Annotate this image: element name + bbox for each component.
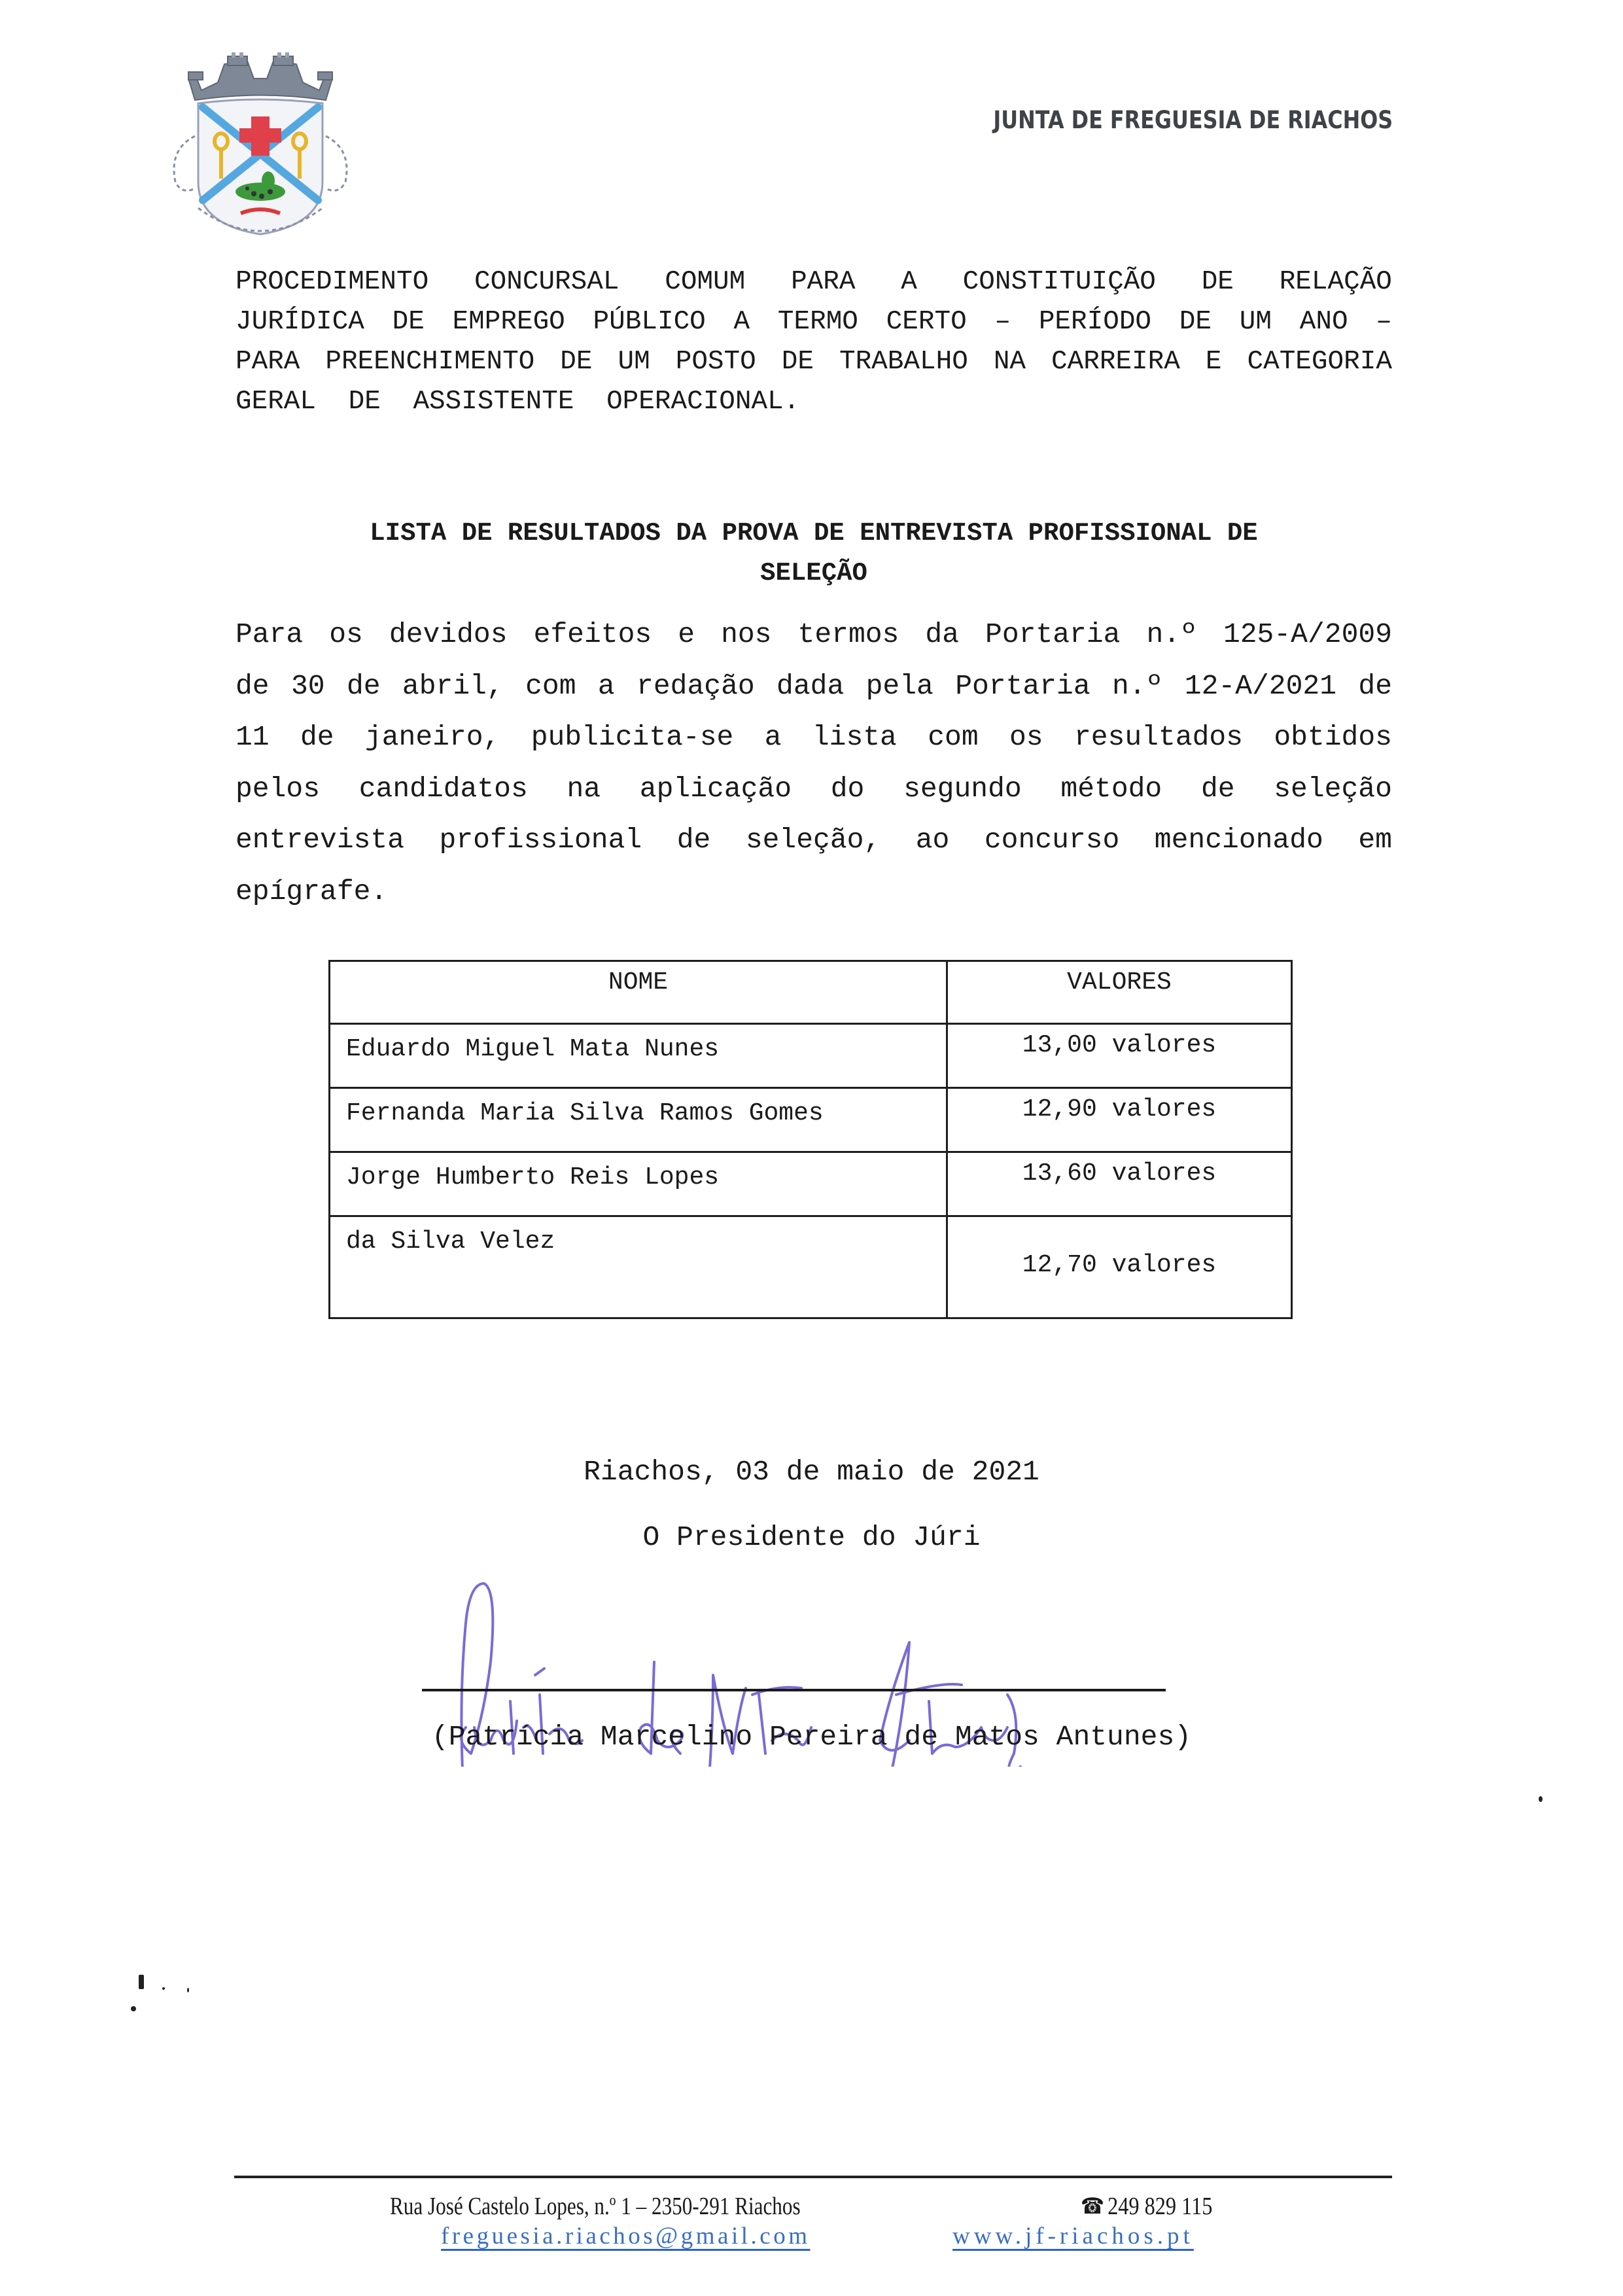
word: NA <box>994 347 1026 387</box>
intro-line: ParaosdevidosefeitosenostermosdaPortaria… <box>236 618 1392 670</box>
word: OPERACIONAL. <box>606 387 799 427</box>
word: pela <box>866 670 934 722</box>
intro-line: peloscandidatosnaaplicaçãodosegundométod… <box>236 773 1392 824</box>
word: DE <box>349 387 381 427</box>
word: n.º <box>1147 618 1197 670</box>
word: COMUM <box>665 267 745 307</box>
document-heading: LISTA DE RESULTADOS DA PROVA DE ENTREVIS… <box>236 514 1392 593</box>
footer-divider <box>234 2176 1392 2178</box>
intro-line: de30deabril,comaredaçãodadapelaPortarian… <box>236 670 1392 722</box>
word: de <box>1358 670 1392 722</box>
word: CONSTITUIÇÃO <box>963 267 1156 307</box>
intro-line: 11dejaneiro,publicita-sealistacomosresul… <box>236 721 1392 773</box>
heading-line-1: LISTA DE RESULTADOS DA PROVA DE ENTREVIS… <box>236 514 1392 554</box>
word: DE <box>1202 267 1234 307</box>
word: POSTO <box>676 347 756 387</box>
word: CARREIRA <box>1051 347 1180 387</box>
word: de <box>236 670 270 722</box>
word: n.º <box>1112 670 1162 722</box>
intro-paragraph: ParaosdevidosefeitosenostermosdaPortaria… <box>236 618 1392 927</box>
word: pelos <box>236 773 320 824</box>
word: 11 <box>236 721 270 773</box>
word: termos <box>798 618 899 670</box>
word: JURÍDICA <box>236 307 364 347</box>
word: Para <box>236 618 303 670</box>
word: a <box>765 721 782 773</box>
candidate-name: Fernanda Maria Silva Ramos Gomes <box>330 1088 947 1152</box>
word: publicita-se <box>531 721 734 773</box>
word: PROCEDIMENTO <box>236 267 428 307</box>
website-link[interactable]: www.jf-riachos.pt <box>952 2222 1194 2250</box>
word: e <box>678 618 695 670</box>
word: lista <box>812 721 897 773</box>
word: método <box>1060 773 1162 824</box>
word: UM <box>618 347 650 387</box>
word: PERÍODO <box>1039 307 1151 347</box>
word: seleção, <box>746 824 881 875</box>
word: epígrafe. <box>236 875 387 927</box>
signer-name: (Patrícia Marcelino Pereira de Matos Ant… <box>0 1721 1623 1753</box>
word: E <box>1206 347 1222 387</box>
scan-speck <box>162 1987 165 1990</box>
word: candidatos <box>359 773 528 824</box>
word: redação <box>637 670 755 722</box>
word: ANO <box>1300 307 1348 347</box>
word: efeitos <box>534 618 652 670</box>
word: entrevista <box>236 824 404 875</box>
candidate-name: Jorge Humberto Reis Lopes <box>330 1152 947 1216</box>
word: ASSISTENTE <box>413 387 574 427</box>
place-and-date: Riachos, 03 de maio de 2021 <box>0 1456 1623 1488</box>
candidate-score: 13,00 valores <box>947 1024 1292 1088</box>
heading-line-2: SELEÇÃO <box>236 554 1392 593</box>
word: dada <box>777 670 844 722</box>
intro-line: entrevistaprofissionaldeseleção,aoconcur… <box>236 824 1392 875</box>
word: TERMO <box>778 307 858 347</box>
word: devidos <box>389 618 508 670</box>
word: obtidos <box>1274 721 1392 773</box>
word: Portaria <box>985 618 1120 670</box>
word: de <box>1201 773 1235 824</box>
word: segundo <box>903 773 1022 824</box>
word: aplicação <box>640 773 792 824</box>
word: janeiro, <box>365 721 500 773</box>
phone-number: 249 829 115 <box>1108 2192 1212 2221</box>
word: na <box>567 773 601 824</box>
subject-line: GERALDEASSISTENTEOPERACIONAL. <box>236 387 1392 427</box>
subject-line: PROCEDIMENTOCONCURSALCOMUMPARAACONSTITUI… <box>236 267 1392 307</box>
word: PARA <box>791 267 855 307</box>
word: CONCURSAL <box>474 267 619 307</box>
word: 30 <box>291 670 325 722</box>
candidate-name: Eduardo Miguel Mata Nunes <box>330 1024 947 1088</box>
candidate-name-line: da Silva Velez <box>346 1224 946 1260</box>
word: Portaria <box>955 670 1090 722</box>
word: GERAL <box>236 387 316 427</box>
word: de <box>677 824 711 875</box>
word: da <box>925 618 959 670</box>
word: concurso <box>985 824 1119 875</box>
table-row: Fernanda Maria Silva Ramos Gomes 12,90 v… <box>330 1088 1292 1152</box>
word: – <box>994 307 1011 347</box>
telephone-icon: ☎ <box>1081 2193 1104 2219</box>
table-header-row: NOME VALORES <box>330 961 1292 1024</box>
word: mencionado <box>1155 824 1323 875</box>
word: resultados <box>1074 721 1243 773</box>
word: seleção <box>1274 773 1392 824</box>
signature-line <box>422 1689 1166 1691</box>
word: ao <box>916 824 950 875</box>
table-row: Eduardo Miguel Mata Nunes 13,00 valores <box>330 1024 1292 1088</box>
candidate-score: 12,90 valores <box>947 1088 1292 1152</box>
word: DE <box>393 307 425 347</box>
word: 12-A/2021 <box>1185 670 1336 722</box>
word: – <box>1376 307 1392 347</box>
word: DE <box>782 347 814 387</box>
word: com <box>525 670 576 722</box>
column-header-score: VALORES <box>947 961 1292 1024</box>
word: os <box>1009 721 1043 773</box>
word: UM <box>1240 307 1272 347</box>
candidate-score: 12,70 valores <box>947 1216 1292 1318</box>
word: de <box>300 721 334 773</box>
candidate-name: da Silva Velez <box>330 1216 947 1318</box>
results-table: NOME VALORES Eduardo Miguel Mata Nunes 1… <box>328 960 1293 1319</box>
word: a <box>598 670 615 722</box>
word: abril, <box>402 670 504 722</box>
scan-speck <box>131 2006 136 2011</box>
word: profissional <box>440 824 642 875</box>
subject-line: PARAPREENCHIMENTODEUMPOSTODETRABALHONACA… <box>236 347 1392 387</box>
word: PARA <box>236 347 300 387</box>
organization-name: JUNTA DE FREGUESIA DE RIACHOS <box>993 106 1393 134</box>
word: PÚBLICO <box>593 307 706 347</box>
scan-speck <box>1539 1796 1543 1802</box>
word: A <box>901 267 917 307</box>
word: do <box>831 773 865 824</box>
word: RELAÇÃO <box>1280 267 1392 307</box>
scan-speck <box>187 1988 189 1992</box>
column-header-name: NOME <box>330 961 947 1024</box>
table-row: da Silva Velez 12,70 valores <box>330 1216 1292 1318</box>
word: 125-A/2009 <box>1223 618 1392 670</box>
subject-line: JURÍDICADEEMPREGOPÚBLICOATERMOCERTO–PERÍ… <box>236 307 1392 347</box>
word: os <box>329 618 363 670</box>
word: PREENCHIMENTO <box>325 347 534 387</box>
email-link[interactable]: freguesia.riachos@gmail.com <box>441 2222 810 2250</box>
word: CERTO <box>886 307 967 347</box>
word: TRABALHO <box>839 347 968 387</box>
coat-of-arms-icon <box>162 51 358 254</box>
table-row: Jorge Humberto Reis Lopes 13,60 valores <box>330 1152 1292 1216</box>
subject-paragraph: PROCEDIMENTOCONCURSALCOMUMPARAACONSTITUI… <box>236 267 1392 427</box>
word: DE <box>560 347 592 387</box>
place-date-text: Riachos, 03 de maio de 2021 <box>584 1456 1039 1488</box>
word: DE <box>1179 307 1212 347</box>
footer-phone: ☎ 249 829 115 <box>1081 2192 1212 2221</box>
word: A <box>734 307 750 347</box>
word: nos <box>721 618 771 670</box>
word: de <box>347 670 381 722</box>
scan-speck <box>139 1975 144 1989</box>
word: EMPREGO <box>453 307 565 347</box>
word: com <box>928 721 978 773</box>
footer-address: Rua José Castelo Lopes, n.º 1 – 2350-291… <box>390 2192 801 2221</box>
intro-line: epígrafe. <box>236 875 1392 927</box>
word: em <box>1358 824 1392 875</box>
candidate-score: 13,60 valores <box>947 1152 1292 1216</box>
word: CATEGORIA <box>1247 347 1391 387</box>
